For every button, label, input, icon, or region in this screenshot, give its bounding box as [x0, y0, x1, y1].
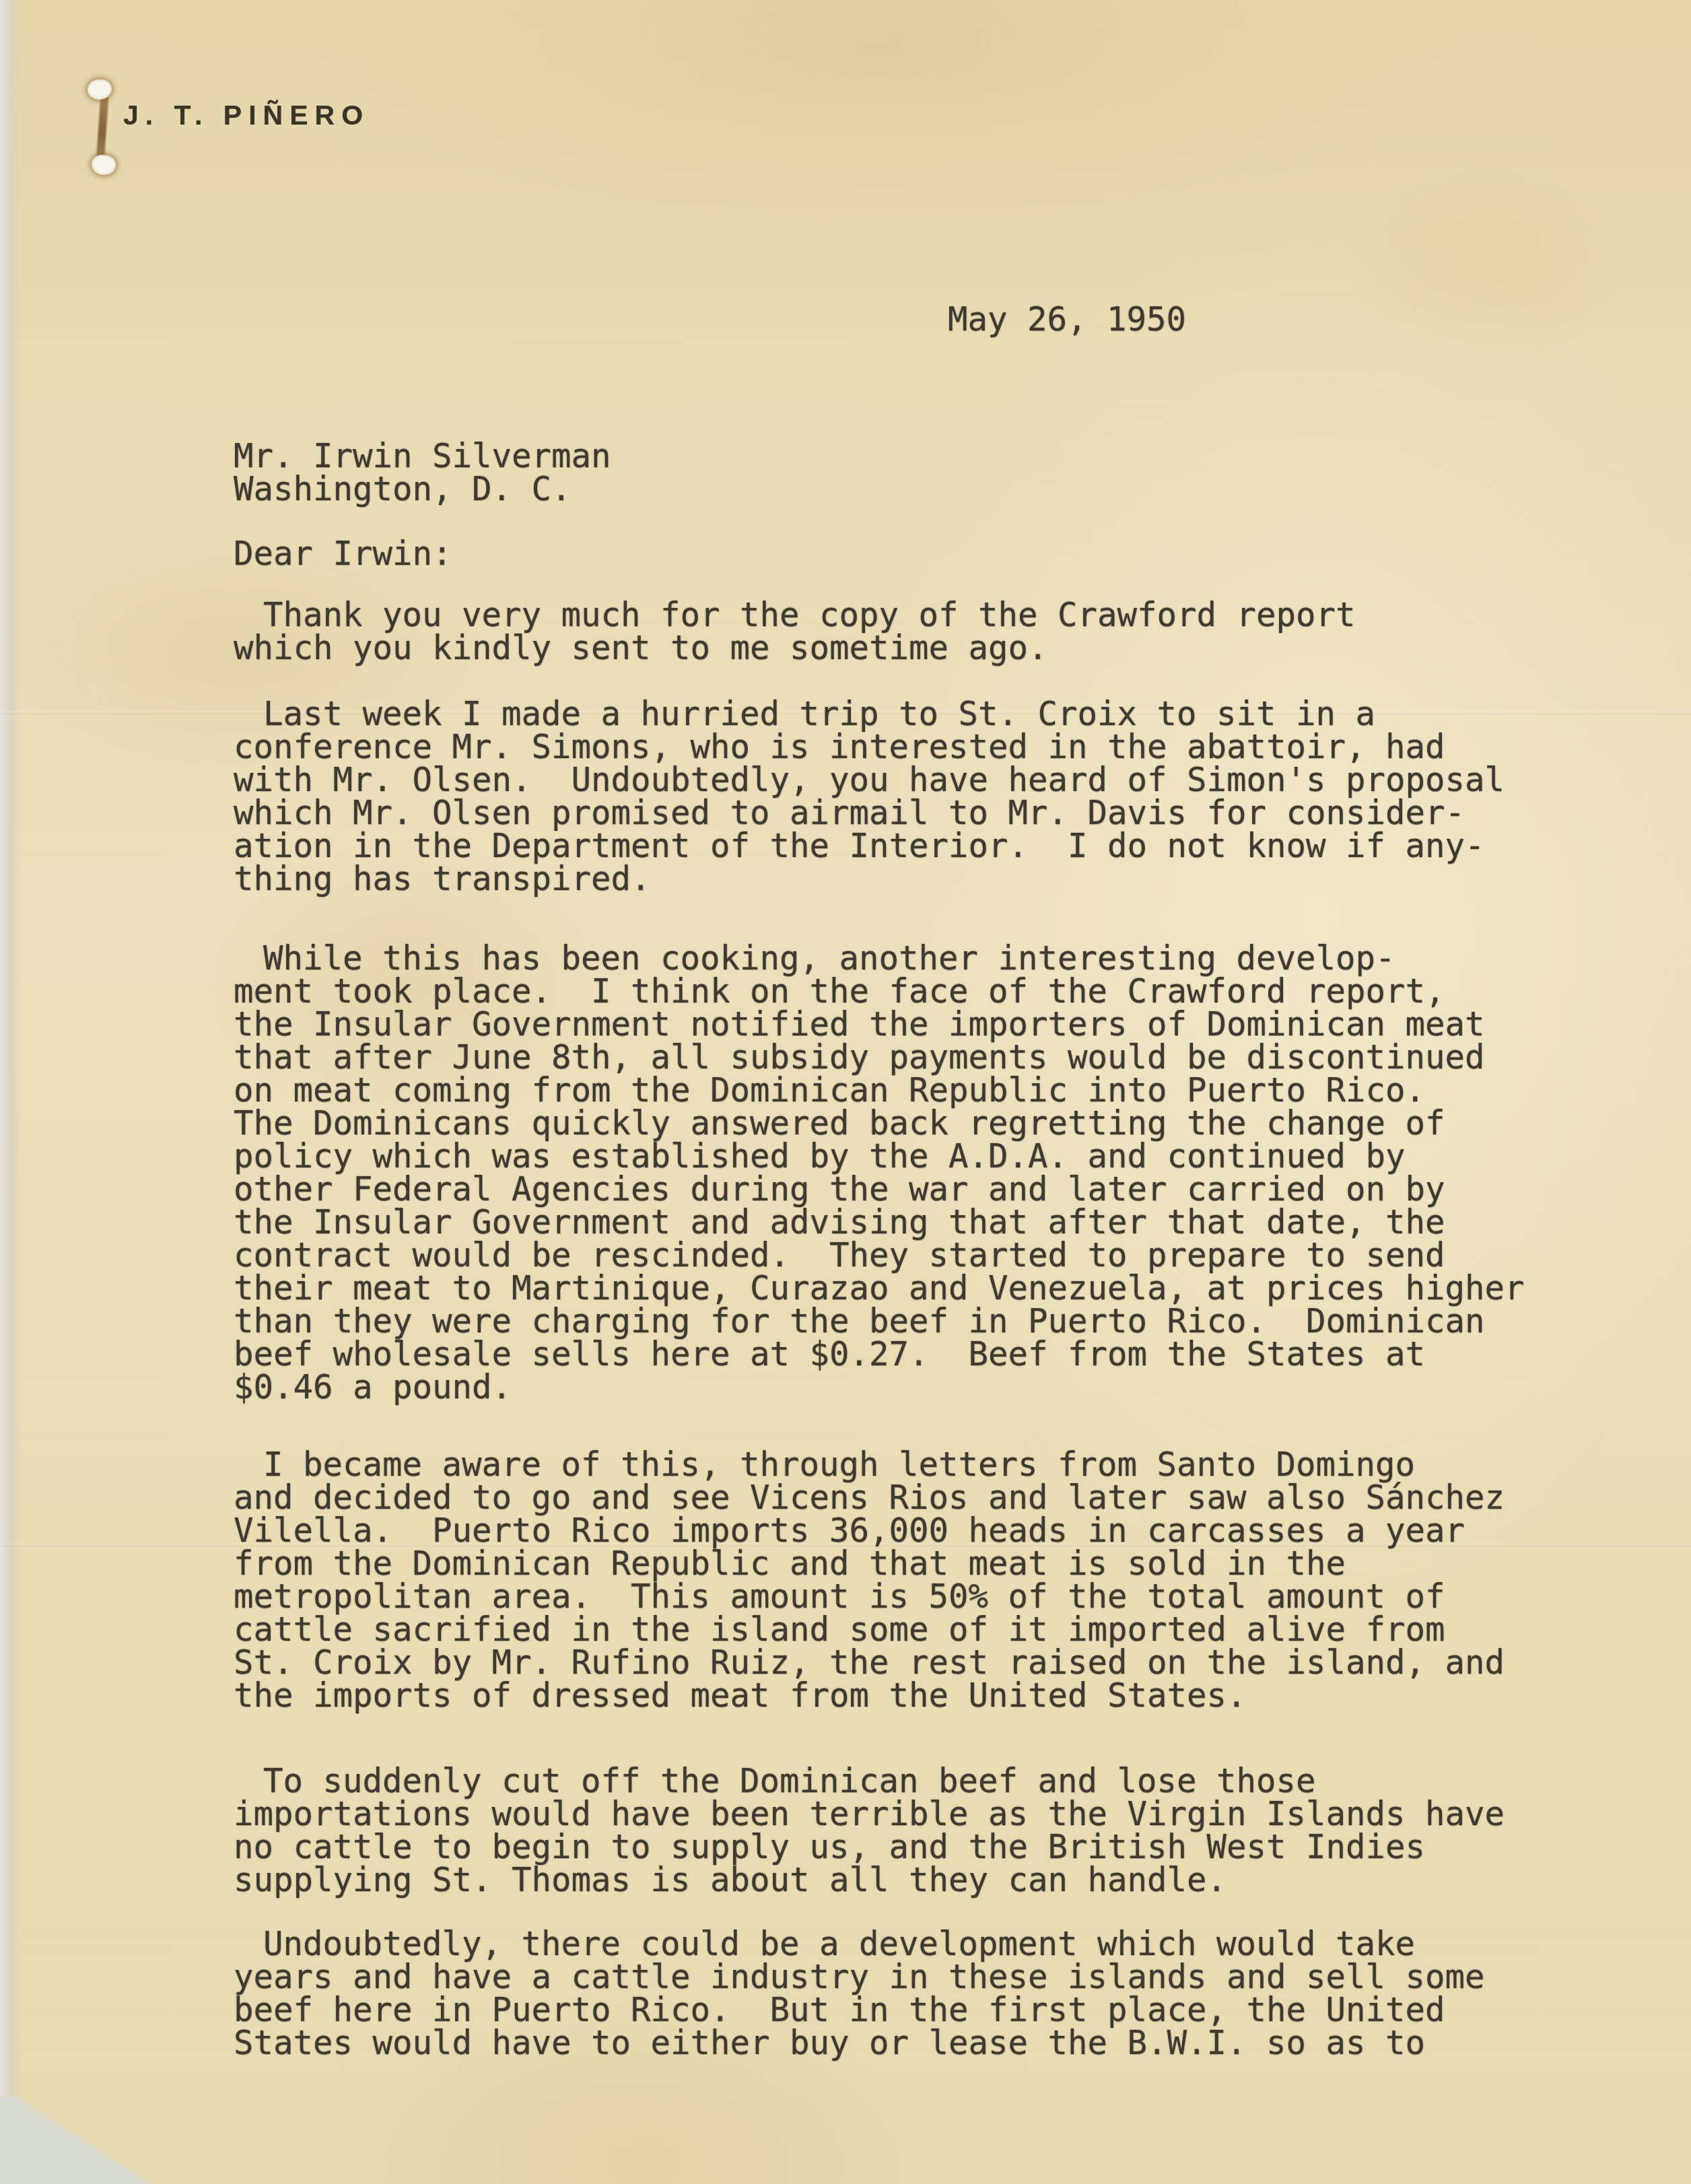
body-paragraph: To suddenly cut off the Dominican beef a… — [234, 1765, 1505, 1897]
body-paragraph: Last week I made a hurried trip to St. C… — [234, 697, 1505, 895]
staple-rust-mark — [78, 74, 125, 189]
recipient-address: Mr. Irwin Silverman Washington, D. C. — [234, 440, 611, 506]
body-paragraph: Undoubtedly, there could be a developmen… — [234, 1927, 1485, 2059]
torn-bottom-left-corner — [0, 2096, 182, 2184]
salutation: Dear Irwin: — [234, 537, 452, 570]
scanner-backing-left-edge — [0, 0, 20, 2184]
body-paragraph: Thank you very much for the copy of the … — [234, 599, 1356, 664]
letterhead-name: J. T. PIÑERO — [123, 100, 370, 131]
staple-hole-bottom — [90, 153, 117, 178]
body-paragraph: I became aware of this, through letters … — [234, 1448, 1505, 1712]
body-paragraph: While this has been cooking, another int… — [234, 942, 1525, 1404]
scanned-letter-page: J. T. PIÑERO May 26, 1950 Mr. Irwin Silv… — [0, 0, 1691, 2184]
date-line: May 26, 1950 — [948, 303, 1186, 336]
